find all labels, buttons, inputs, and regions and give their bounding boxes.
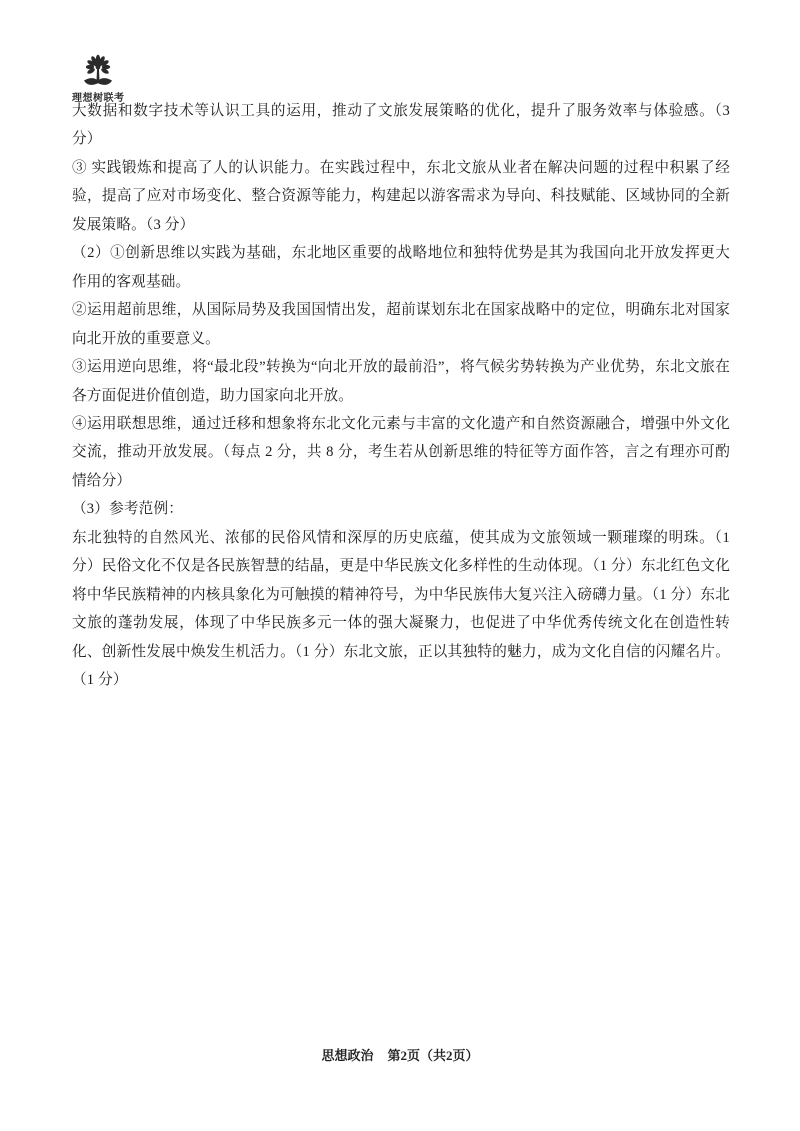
answer-content: 大数据和数字技术等认识工具的运用，推动了文旅发展策略的优化，提升了服务效率与体验…	[72, 97, 730, 695]
answer-paragraph: 东北独特的自然风光、浓郁的民俗风情和深厚的历史底蕴，使其成为文旅领域一颗璀璨的明…	[72, 524, 730, 695]
document-page: 理想树联考 大数据和数字技术等认识工具的运用，推动了文旅发展策略的优化，提升了服…	[0, 0, 800, 1131]
answer-paragraph: ③运用逆向思维，将“最北段”转换为“向北开放的最前沿”，将气候劣势转换为产业优势…	[72, 353, 730, 410]
footer-page-number: 第2页（共2页）	[388, 1048, 479, 1063]
answer-paragraph: （3）参考范例：	[72, 495, 730, 523]
answer-paragraph: ④运用联想思维，通过迁移和想象将东北文化元素与丰富的文化遗产和自然资源融合，增强…	[72, 410, 730, 495]
tree-book-logo-icon	[78, 54, 118, 88]
answer-paragraph: ③ 实践锻炼和提高了人的认识能力。在实践过程中，东北文旅从业者在解决问题的过程中…	[72, 154, 730, 239]
answer-paragraph: ②运用超前思维，从国际局势及我国国情出发，超前谋划东北在国家战略中的定位，明确东…	[72, 296, 730, 353]
footer-subject: 思想政治	[321, 1048, 373, 1063]
page-footer: 思想政治第2页（共2页）	[0, 1045, 800, 1064]
answer-paragraph: （2）①创新思维以实践为基础，东北地区重要的战略地位和独特优势是其为我国向北开放…	[72, 239, 730, 296]
answer-paragraph: 大数据和数字技术等认识工具的运用，推动了文旅发展策略的优化，提升了服务效率与体验…	[72, 97, 730, 154]
